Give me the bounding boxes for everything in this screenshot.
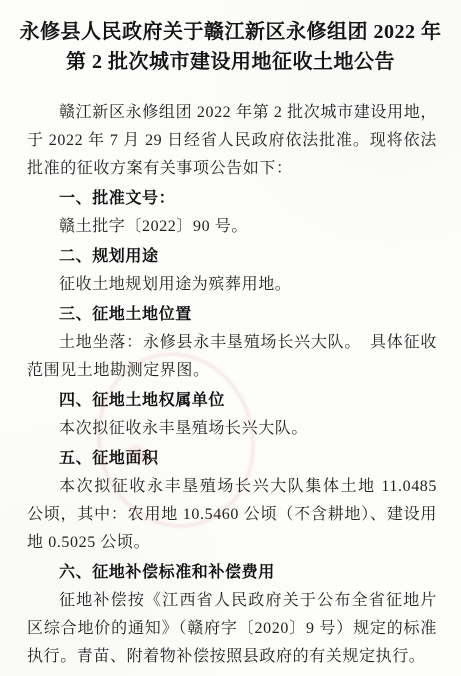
section-heading-5: 五、征地面积	[27, 445, 437, 473]
section-body-1: 赣土批字〔2022〕90 号。	[27, 213, 437, 241]
section-compensation: 六、征地补偿标准和补偿费用 征地补偿按《江西省人民政府关于公布全省征地片区综合地…	[27, 559, 437, 671]
section-heading-1: 一、批准文号：	[27, 185, 437, 213]
section-heading-6: 六、征地补偿标准和补偿费用	[27, 559, 437, 587]
section-body-2: 征收土地规划用途为殡葬用地。	[27, 271, 437, 299]
section-body-3: 土地坐落：永修县永丰垦殖场长兴大队。 具体征收范围见土地勘测定界图。	[27, 329, 437, 385]
title-line-1: 永修县人民政府关于赣江新区永修组团 2022 年	[18, 17, 443, 47]
section-approval-number: 一、批准文号： 赣土批字〔2022〕90 号。	[27, 185, 437, 241]
section-heading-4: 四、征地土地权属单位	[27, 387, 437, 415]
intro-paragraph: 赣江新区永修组团 2022 年第 2 批次城市建设用地，于 2022 年 7 月…	[27, 99, 437, 183]
document-body: 赣江新区永修组团 2022 年第 2 批次城市建设用地，于 2022 年 7 月…	[27, 99, 437, 671]
section-planned-use: 二、规划用途 征收土地规划用途为殡葬用地。	[27, 243, 437, 299]
section-heading-2: 二、规划用途	[27, 243, 437, 271]
scanned-announcement-page: 永修县人民政府关于赣江新区永修组团 2022 年 第 2 批次城市建设用地征收土…	[0, 0, 461, 676]
section-ownership-unit: 四、征地土地权属单位 本次拟征收永丰垦殖场长兴大队。	[27, 387, 437, 443]
section-land-location: 三、征地土地位置 土地坐落：永修县永丰垦殖场长兴大队。 具体征收范围见土地勘测定…	[27, 301, 437, 385]
section-body-4: 本次拟征收永丰垦殖场长兴大队。	[27, 415, 437, 443]
section-body-5: 本次拟征收永丰垦殖场长兴大队集体土地 11.0485 公顷，其中：农用地 10.…	[27, 473, 437, 557]
title-line-2: 第 2 批次城市建设用地征收土地公告	[18, 47, 443, 77]
section-land-area: 五、征地面积 本次拟征收永丰垦殖场长兴大队集体土地 11.0485 公顷，其中：…	[27, 445, 437, 557]
section-heading-3: 三、征地土地位置	[27, 301, 437, 329]
document-title: 永修县人民政府关于赣江新区永修组团 2022 年 第 2 批次城市建设用地征收土…	[18, 17, 443, 77]
section-body-6: 征地补偿按《江西省人民政府关于公布全省征地片区综合地价的通知》（赣府字〔2020…	[27, 587, 437, 671]
